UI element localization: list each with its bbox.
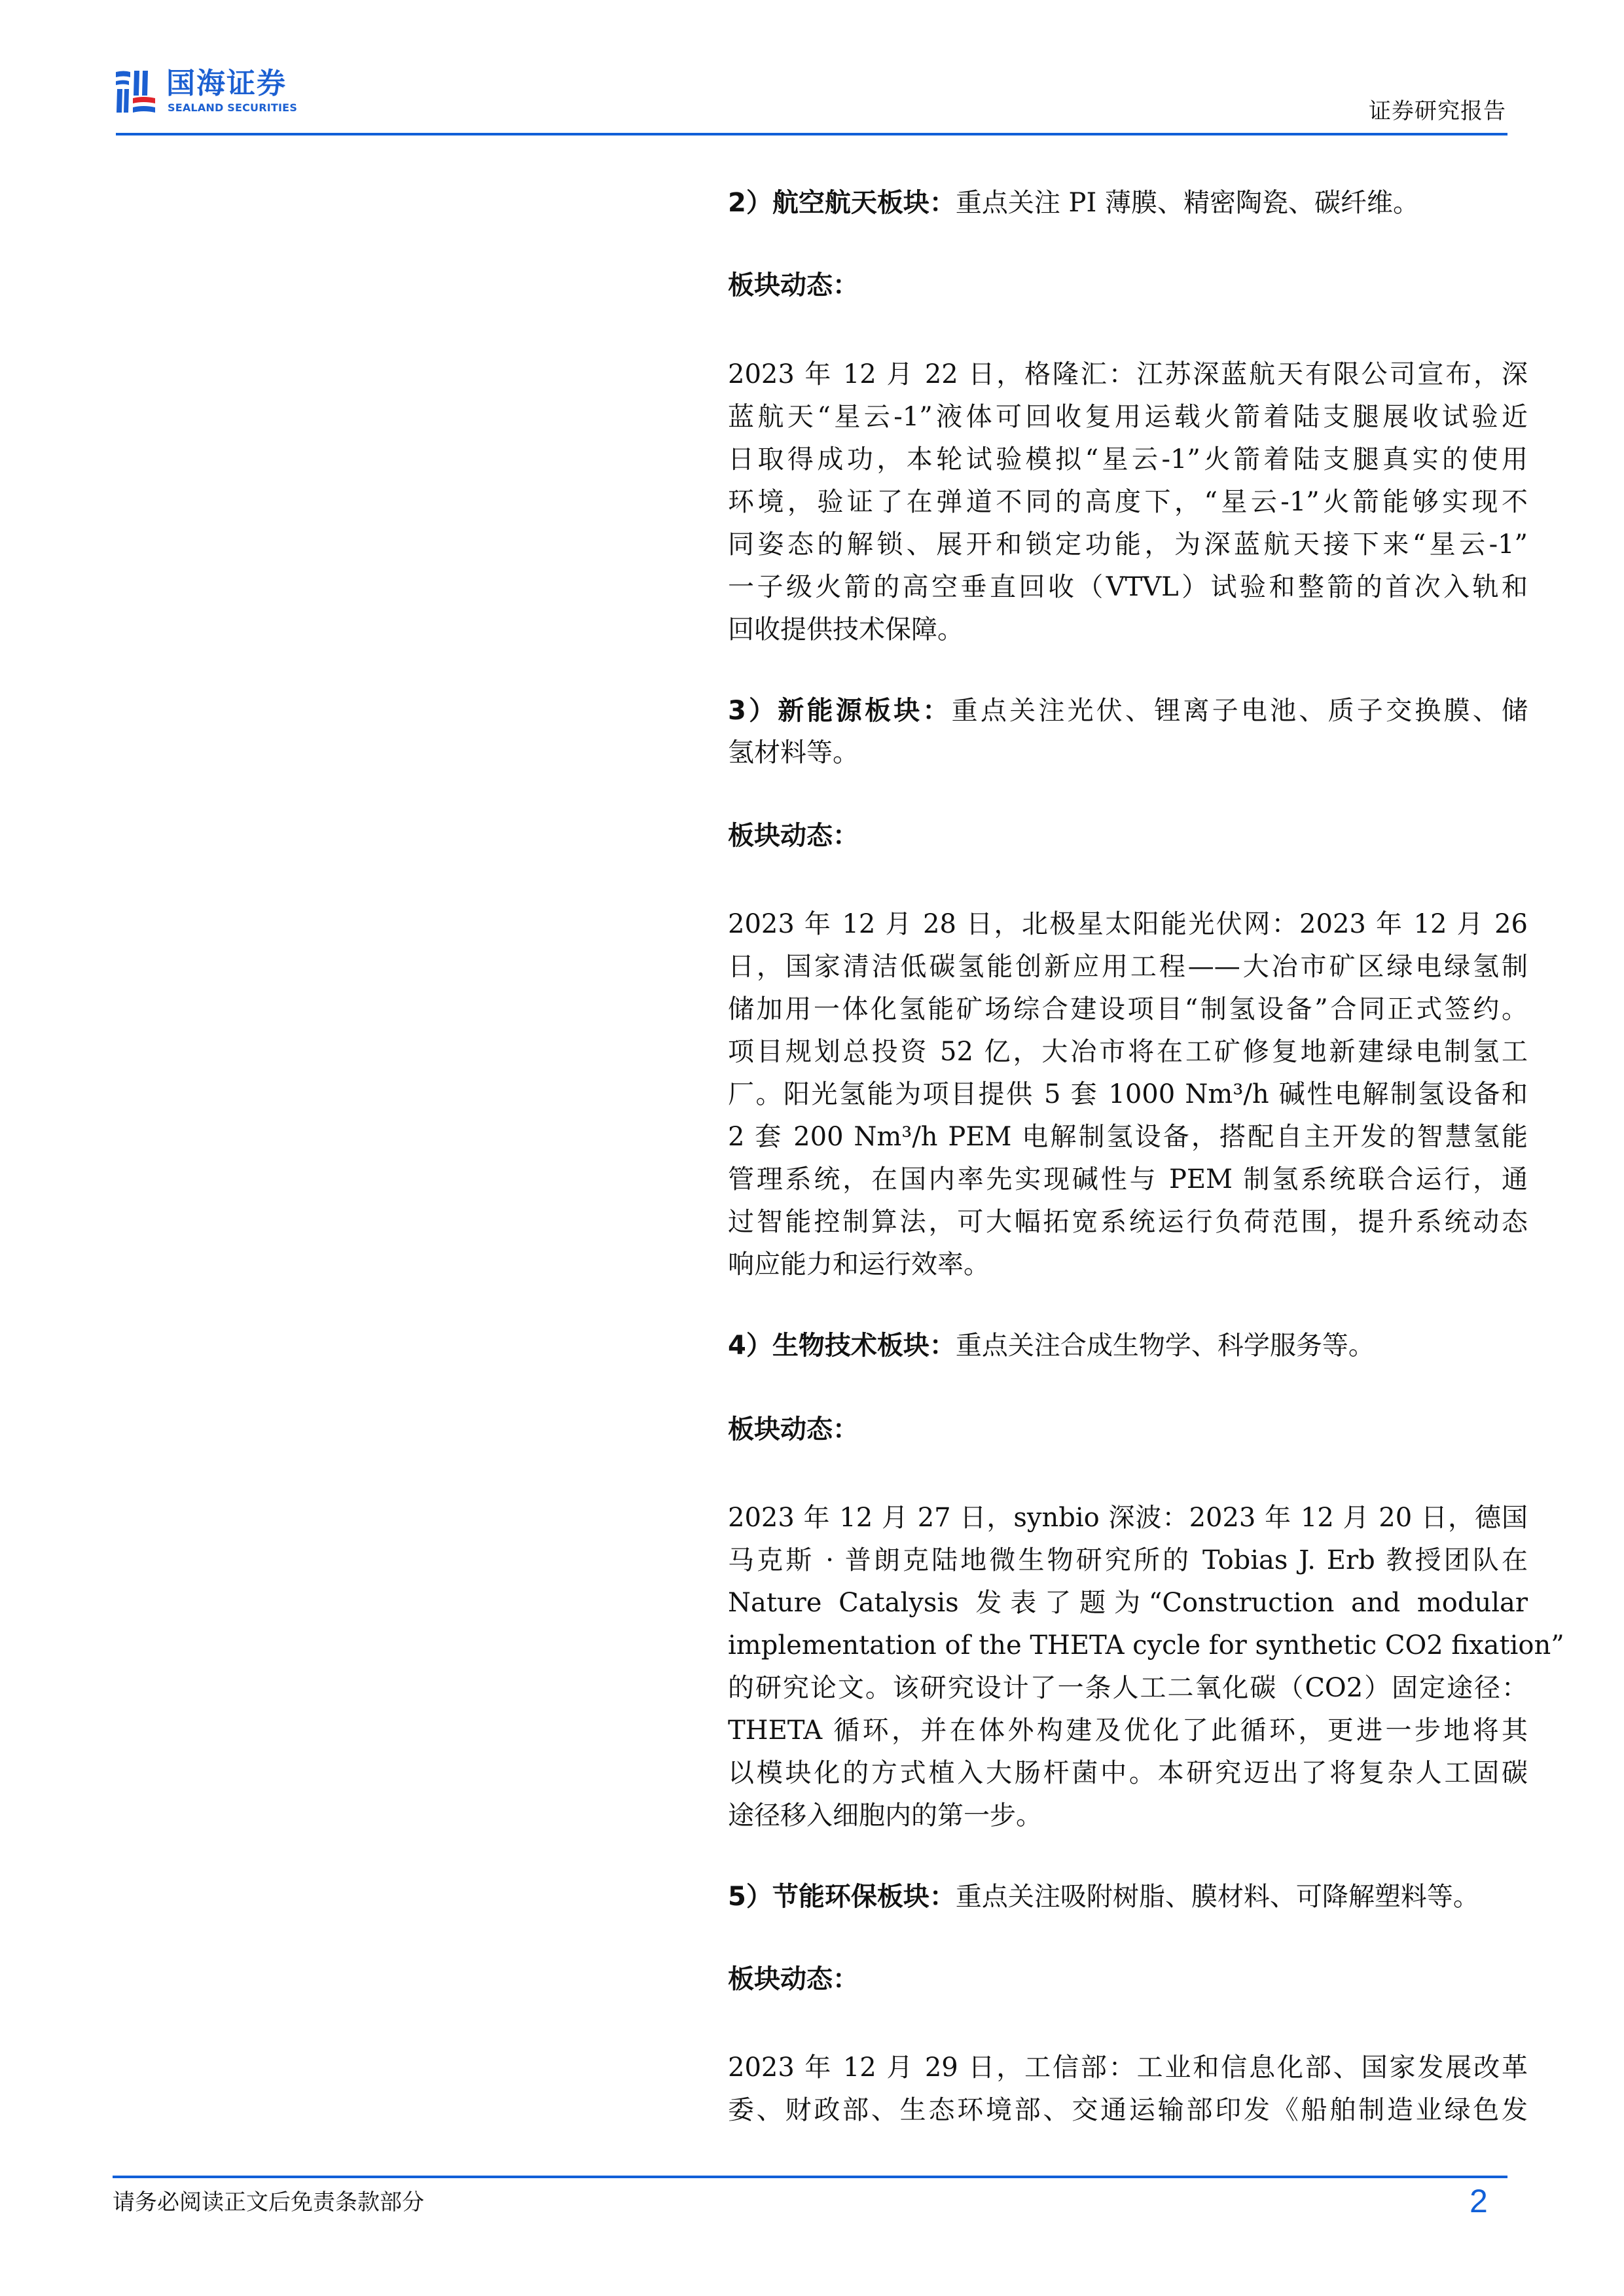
footer-divider [113,2176,1507,2178]
paragraph-line: 一子级火箭的高空垂直回收（VTVL）试验和整箭的首次入轨和 [728,570,1528,604]
section-heading-biotech: 4）生物技术板块：重点关注合成生物学、科学服务等。 [728,1329,1375,1363]
section-dynamics-label: 板块动态： [728,1412,859,1446]
paragraph-line: 响应能力和运行效率。 [728,1247,1528,1282]
header-divider [116,133,1507,135]
paragraph-line: 的研究论文。该研究设计了一条人工二氧化碳（CO2）固定途径： [728,1671,1528,1705]
section-heading-lead: 4）生物技术板块： [728,1331,956,1361]
paragraph-line: 日取得成功，本轮试验模拟“星云-1”火箭着陆支腿真实的使用 [728,442,1528,476]
report-type-title: 证券研究报告 [1369,98,1506,124]
paragraph-line: 项目规划总投资 52 亿，大冶市将在工矿修复地新建绿电制氢工 [728,1035,1528,1069]
paragraph-line: 管理系统，在国内率先实现碱性与 PEM 制氢系统联合运行，通 [728,1162,1528,1196]
paragraph-line: 同姿态的解锁、展开和锁定功能，为深蓝航天接下来“星云-1” [728,528,1528,562]
paragraph-line: 2023 年 12 月 22 日，格隆汇：江苏深蓝航天有限公司宣布，深 [728,357,1528,391]
brand-name-cn: 国海证券 [166,67,287,100]
paragraph-line: 2023 年 12 月 28 日，北极星太阳能光伏网：2023 年 12 月 2… [728,907,1528,941]
section-dynamics-label: 板块动态： [728,268,859,302]
paragraph-line: 委、财政部、生态环境部、交通运输部印发《船舶制造业绿色发 [728,2093,1528,2127]
paragraph-line: 以模块化的方式植入大肠杆菌中。本研究迈出了将复杂人工固碳 [728,1756,1528,1790]
brand-name-en: SEALAND SECURITIES [168,101,297,115]
paragraph-line: 回收提供技术保障。 [728,613,1528,647]
section-heading-focus: 重点关注吸附树脂、膜材料、可降解塑料等。 [956,1882,1479,1912]
section-heading-focus: 重点关注 PI 薄膜、精密陶瓷、碳纤维。 [956,188,1419,218]
paragraph-line: 厂。阳光氢能为项目提供 5 套 1000 Nm³/h 碱性电解制氢设备和 [728,1077,1528,1111]
paragraph-line: 日，国家清洁低碳氢能创新应用工程——大冶市矿区绿电绿氢制 [728,950,1528,984]
section-heading-environmental: 5）节能环保板块：重点关注吸附树脂、膜材料、可降解塑料等。 [728,1880,1479,1914]
section-heading-focus: 重点关注光伏、锂离子电池、质子交换膜、储 [952,696,1528,726]
paragraph-line: 途径移入细胞内的第一步。 [728,1799,1528,1833]
paragraph-line: 蓝航天“星云-1”液体可回收复用运载火箭着陆支腿展收试验近 [728,400,1528,434]
section-heading-focus: 重点关注合成生物学、科学服务等。 [956,1331,1375,1361]
page-number: 2 [1470,2183,1488,2219]
footer-disclaimer: 请务必阅读正文后免责条款部分 [113,2189,424,2215]
section-heading-new-energy: 3）新能源板块：重点关注光伏、锂离子电池、质子交换膜、储 [728,694,1528,728]
sealand-logo-icon [115,69,156,114]
section-heading-aerospace: 2）航空航天板块：重点关注 PI 薄膜、精密陶瓷、碳纤维。 [728,186,1419,220]
paragraph-line: 储加用一体化氢能矿场综合建设项目“制氢设备”合同正式签约。 [728,992,1528,1026]
paragraph-line: implementation of the THETA cycle for sy… [728,1628,1528,1662]
paragraph-line: Nature Catalysis 发表了题为“Construction and … [728,1586,1528,1620]
paragraph-line: 2023 年 12 月 27 日，synbio 深波：2023 年 12 月 2… [728,1501,1528,1535]
section-heading-lead: 2）航空航天板块： [728,188,956,218]
section-heading-lead: 5）节能环保板块： [728,1882,956,1912]
paragraph-line: 环境，验证了在弹道不同的高度下，“星云-1”火箭能够实现不 [728,485,1528,519]
paragraph-line: 2023 年 12 月 29 日，工信部：工业和信息化部、国家发展改革 [728,2051,1528,2085]
section-heading-lead: 3）新能源板块： [728,696,952,726]
section-heading-focus-cont: 氢材料等。 [728,736,1528,770]
paragraph-line: THETA 循环，并在体外构建及优化了此循环，更进一步地将其 [728,1713,1528,1748]
paragraph-line: 2 套 200 Nm³/h PEM 电解制氢设备，搭配自主开发的智慧氢能 [728,1120,1528,1154]
paragraph-line: 马克斯 · 普朗克陆地微生物研究所的 Tobias J. Erb 教授团队在 [728,1543,1528,1577]
section-dynamics-label: 板块动态： [728,819,859,853]
section-dynamics-label: 板块动态： [728,1962,859,1996]
paragraph-line: 过智能控制算法，可大幅拓宽系统运行负荷范围，提升系统动态 [728,1205,1528,1239]
